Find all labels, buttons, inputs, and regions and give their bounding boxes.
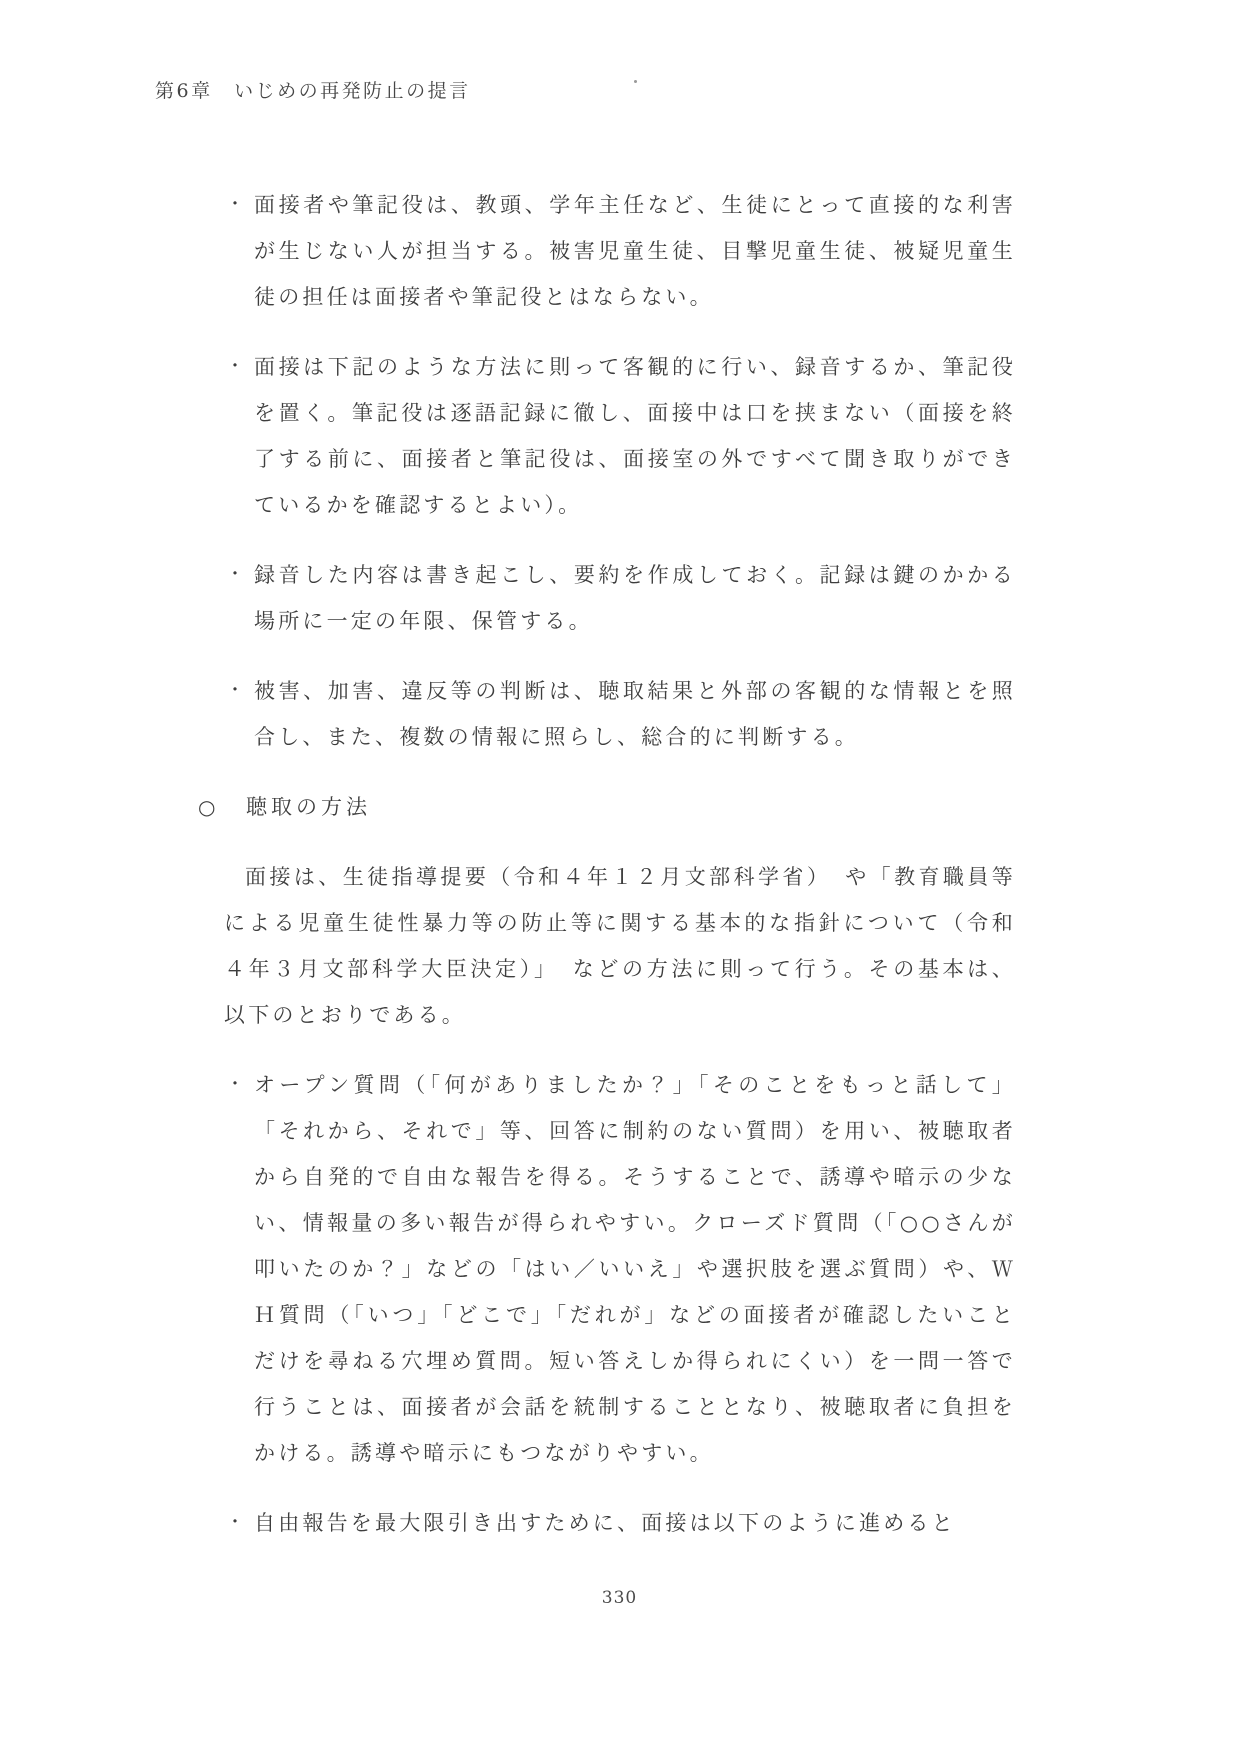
bullet-text: 自由報告を最大限引き出すために、面接は以下のように進めると (254, 1500, 1016, 1546)
circle-marker-icon: ○ (198, 784, 246, 830)
section-heading: 聴取の方法 (246, 784, 371, 830)
section-heading-row: ○ 聴取の方法 (198, 784, 1016, 830)
bullet-text: 被害、加害、違反等の判断は、聴取結果と外部の客観的な情報とを照合し、また、複数の… (254, 668, 1016, 760)
bullet-icon: ・ (226, 552, 254, 644)
bullet-item: ・ 面接は下記のような方法に則って客観的に行い、録音するか、筆記役を置く。筆記役… (226, 344, 1016, 528)
bullet-text: 面接者や筆記役は、教頭、学年主任など、生徒にとって直接的な利害が生じない人が担当… (254, 182, 1016, 320)
bullet-item: ・ 自由報告を最大限引き出すために、面接は以下のように進めると (226, 1500, 1016, 1546)
page-number: 330 (0, 1588, 1239, 1608)
bullet-icon: ・ (226, 668, 254, 760)
bullet-icon: ・ (226, 344, 254, 528)
bullet-text: 録音した内容は書き起こし、要約を作成しておく。記録は鍵のかかる場所に一定の年限、… (254, 552, 1016, 644)
document-page: 第6章 いじめの再発防止の提言 ・ 面接者や筆記役は、教頭、学年主任など、生徒に… (0, 0, 1239, 1754)
scan-artifact-dot (634, 80, 637, 83)
bullet-item: ・ 面接者や筆記役は、教頭、学年主任など、生徒にとって直接的な利害が生じない人が… (226, 182, 1016, 320)
page-body: ・ 面接者や筆記役は、教頭、学年主任など、生徒にとって直接的な利害が生じない人が… (198, 182, 1016, 1570)
bullet-item: ・ オープン質問（「何がありましたか？」「そのことをもっと話して」「それから、そ… (226, 1062, 1016, 1476)
bullet-item: ・ 被害、加害、違反等の判断は、聴取結果と外部の客観的な情報とを照合し、また、複… (226, 668, 1016, 760)
bullet-icon: ・ (226, 182, 254, 320)
bullet-icon: ・ (226, 1500, 254, 1546)
chapter-header: 第6章 いじめの再発防止の提言 (155, 76, 471, 103)
bullet-text: 面接は下記のような方法に則って客観的に行い、録音するか、筆記役を置く。筆記役は逐… (254, 344, 1016, 528)
bullet-item: ・ 録音した内容は書き起こし、要約を作成しておく。記録は鍵のかかる場所に一定の年… (226, 552, 1016, 644)
bullet-text: オープン質問（「何がありましたか？」「そのことをもっと話して」「それから、それで… (254, 1062, 1016, 1476)
bullet-icon: ・ (226, 1062, 254, 1476)
body-paragraph: 面接は、生徒指導提要（令和４年１２月文部科学省） や「教育職員等による児童生徒性… (224, 854, 1016, 1038)
